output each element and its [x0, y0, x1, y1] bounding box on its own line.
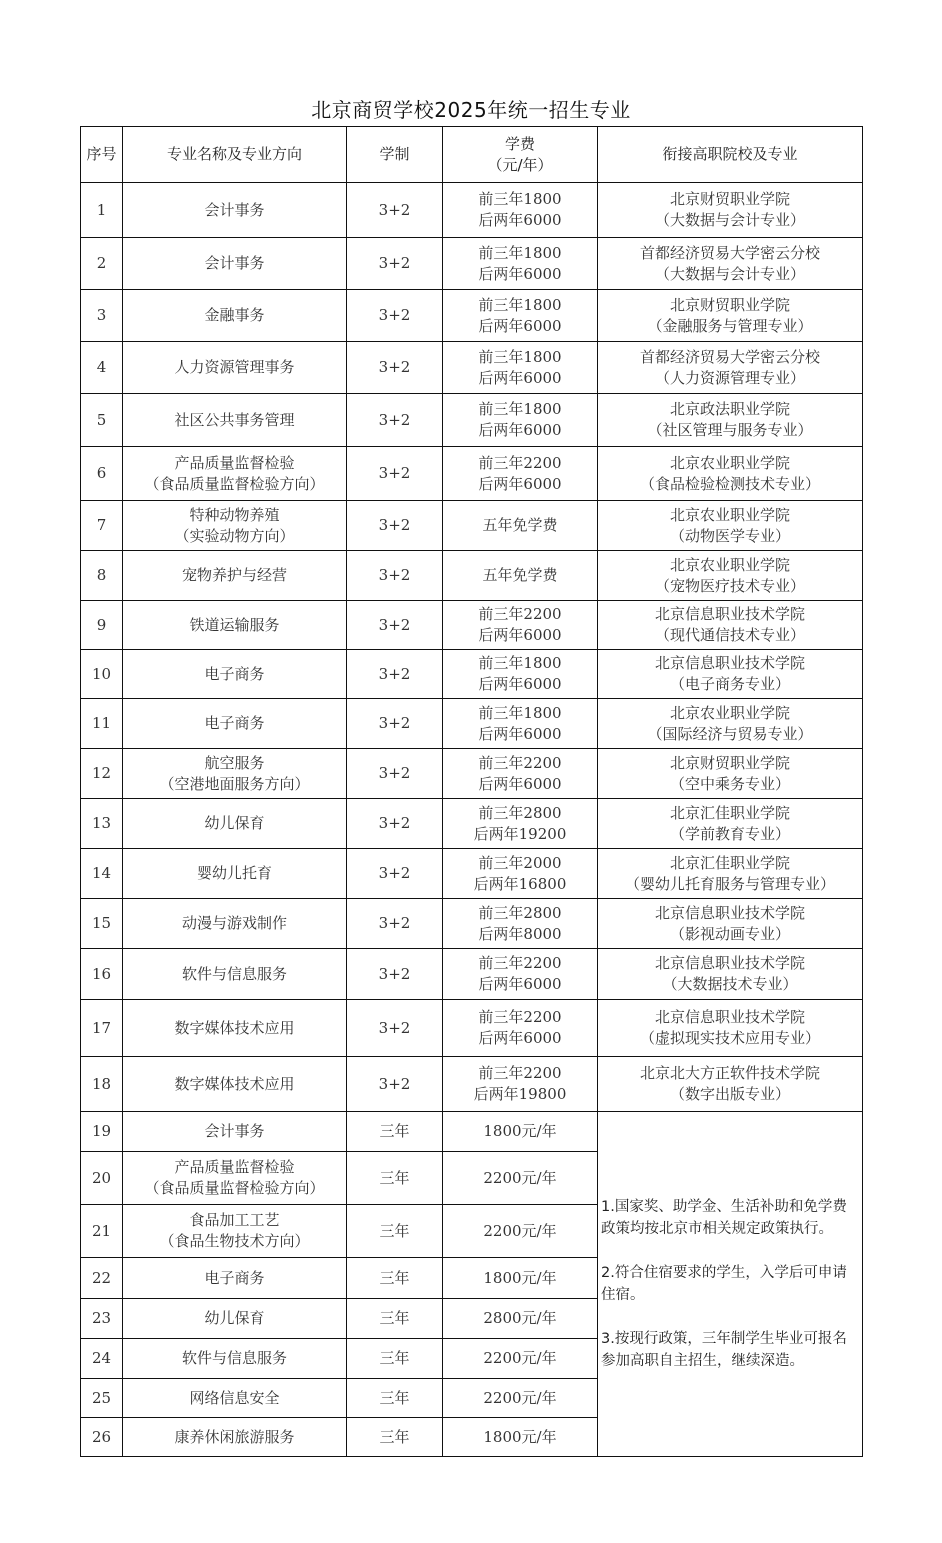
cell-line: 会计事务 — [123, 253, 346, 274]
cell-college: 北京农业职业学院（动物医学专业） — [598, 501, 863, 551]
cell-line: 前三年1800 — [443, 399, 597, 420]
cell-major: 婴幼儿托育 — [123, 849, 347, 899]
cell-line: 前三年1800 — [443, 243, 597, 264]
cell-line: 后两年6000 — [443, 625, 597, 646]
cell-line: 北京农业职业学院 — [598, 555, 862, 576]
cell-major: 宠物养护与经营 — [123, 551, 347, 601]
cell-line: 软件与信息服务 — [123, 964, 346, 985]
cell-fee: 2200元/年 — [443, 1339, 598, 1379]
cell-line: （人力资源管理专业） — [598, 368, 862, 389]
cell-line: 社区公共事务管理 — [123, 410, 346, 431]
cell-fee: 2200元/年 — [443, 1205, 598, 1258]
cell-major: 产品质量监督检验（食品质量监督检验方向） — [123, 447, 347, 501]
note-item: 2.符合住宿要求的学生，入学后可申请住宿。 — [601, 1262, 860, 1306]
table-row: 6产品质量监督检验（食品质量监督检验方向）3+2前三年2200后两年6000北京… — [81, 447, 863, 501]
cell-fee: 前三年2800后两年19200 — [443, 799, 598, 849]
cell-index: 1 — [81, 183, 123, 238]
table-row: 17数字媒体技术应用3+2前三年2200后两年6000北京信息职业技术学院（虚拟… — [81, 1000, 863, 1057]
cell-line: 后两年6000 — [443, 210, 597, 231]
cell-fee: 前三年2200后两年6000 — [443, 749, 598, 799]
header-fee-line1: 学费 — [443, 134, 597, 155]
cell-system: 3+2 — [347, 699, 443, 749]
cell-line: （空中乘务专业） — [598, 774, 862, 795]
cell-fee: 前三年2800后两年8000 — [443, 899, 598, 949]
cell-college: 北京信息职业技术学院（虚拟现实技术应用专业） — [598, 1000, 863, 1057]
cell-line: 软件与信息服务 — [123, 1348, 346, 1369]
cell-fee: 前三年1800后两年6000 — [443, 699, 598, 749]
header-index: 序号 — [81, 127, 123, 183]
cell-line: 前三年2000 — [443, 853, 597, 874]
cell-line: 后两年19800 — [443, 1084, 597, 1105]
cell-line: （食品质量监督检验方向） — [123, 1178, 346, 1199]
cell-line: 后两年19200 — [443, 824, 597, 845]
cell-line: 北京汇佳职业学院 — [598, 853, 862, 874]
cell-line: （食品质量监督检验方向） — [123, 474, 346, 495]
cell-line: 特种动物养殖 — [123, 505, 346, 526]
cell-line: （食品生物技术方向） — [123, 1231, 346, 1252]
cell-index: 24 — [81, 1339, 123, 1379]
header-major: 专业名称及专业方向 — [123, 127, 347, 183]
cell-system: 3+2 — [347, 899, 443, 949]
cell-index: 20 — [81, 1152, 123, 1205]
cell-index: 7 — [81, 501, 123, 551]
cell-line: 数字媒体技术应用 — [123, 1074, 346, 1095]
cell-college: 北京农业职业学院（宠物医疗技术专业） — [598, 551, 863, 601]
cell-line: （宠物医疗技术专业） — [598, 576, 862, 597]
cell-fee: 五年免学费 — [443, 501, 598, 551]
cell-fee: 1800元/年 — [443, 1418, 598, 1457]
cell-line: 宠物养护与经营 — [123, 565, 346, 586]
cell-line: 幼儿保育 — [123, 813, 346, 834]
cell-line: 前三年2200 — [443, 1007, 597, 1028]
cell-index: 4 — [81, 342, 123, 394]
cell-line: （大数据与会计专业） — [598, 210, 862, 231]
cell-line: 航空服务 — [123, 753, 346, 774]
cell-index: 26 — [81, 1418, 123, 1457]
cell-major: 社区公共事务管理 — [123, 394, 347, 447]
cell-fee: 前三年1800后两年6000 — [443, 394, 598, 447]
cell-college: 北京信息职业技术学院（大数据技术专业） — [598, 949, 863, 1000]
cell-system: 3+2 — [347, 238, 443, 290]
table-row: 15动漫与游戏制作3+2前三年2800后两年8000北京信息职业技术学院（影视动… — [81, 899, 863, 949]
table-row: 1会计事务3+2前三年1800后两年6000北京财贸职业学院（大数据与会计专业） — [81, 183, 863, 238]
cell-system: 三年 — [347, 1258, 443, 1299]
cell-college: 首都经济贸易大学密云分校（大数据与会计专业） — [598, 238, 863, 290]
cell-system: 3+2 — [347, 447, 443, 501]
cell-line: 北京政法职业学院 — [598, 399, 862, 420]
cell-line: 前三年1800 — [443, 347, 597, 368]
cell-fee: 前三年1800后两年6000 — [443, 342, 598, 394]
cell-line: 金融事务 — [123, 305, 346, 326]
cell-major: 金融事务 — [123, 290, 347, 342]
cell-system: 3+2 — [347, 551, 443, 601]
cell-index: 13 — [81, 799, 123, 849]
cell-line: 后两年6000 — [443, 724, 597, 745]
cell-fee: 2200元/年 — [443, 1152, 598, 1205]
cell-major: 特种动物养殖（实验动物方向） — [123, 501, 347, 551]
cell-fee: 前三年1800后两年6000 — [443, 650, 598, 699]
cell-line: 产品质量监督检验 — [123, 1157, 346, 1178]
cell-system: 3+2 — [347, 849, 443, 899]
cell-index: 19 — [81, 1112, 123, 1152]
header-fee: 学费 （元/年） — [443, 127, 598, 183]
cell-line: （大数据技术专业） — [598, 974, 862, 995]
cell-line: 前三年1800 — [443, 703, 597, 724]
cell-major: 电子商务 — [123, 699, 347, 749]
cell-line: 后两年8000 — [443, 924, 597, 945]
table-row: 5社区公共事务管理3+2前三年1800后两年6000北京政法职业学院（社区管理与… — [81, 394, 863, 447]
cell-system: 三年 — [347, 1205, 443, 1258]
cell-index: 22 — [81, 1258, 123, 1299]
cell-line: 后两年6000 — [443, 264, 597, 285]
cell-index: 18 — [81, 1057, 123, 1112]
cell-major: 数字媒体技术应用 — [123, 1000, 347, 1057]
cell-system: 3+2 — [347, 183, 443, 238]
cell-line: 后两年6000 — [443, 674, 597, 695]
cell-line: （食品检验检测技术专业） — [598, 474, 862, 495]
cell-line: 前三年1800 — [443, 295, 597, 316]
header-college: 衔接高职院校及专业 — [598, 127, 863, 183]
cell-fee: 前三年1800后两年6000 — [443, 238, 598, 290]
table-row: 10电子商务3+2前三年1800后两年6000北京信息职业技术学院（电子商务专业… — [81, 650, 863, 699]
table-row: 11电子商务3+2前三年1800后两年6000北京农业职业学院（国际经济与贸易专… — [81, 699, 863, 749]
header-system: 学制 — [347, 127, 443, 183]
cell-college: 北京信息职业技术学院（现代通信技术专业） — [598, 601, 863, 650]
cell-system: 3+2 — [347, 949, 443, 1000]
cell-line: （金融服务与管理专业） — [598, 316, 862, 337]
cell-fee: 前三年1800后两年6000 — [443, 183, 598, 238]
header-fee-line2: （元/年） — [443, 155, 597, 176]
cell-index: 17 — [81, 1000, 123, 1057]
cell-fee: 前三年2200后两年6000 — [443, 1000, 598, 1057]
cell-major: 幼儿保育 — [123, 1299, 347, 1339]
cell-line: 后两年16800 — [443, 874, 597, 895]
cell-system: 三年 — [347, 1379, 443, 1418]
table-row: 18数字媒体技术应用3+2前三年2200后两年19800北京北大方正软件技术学院… — [81, 1057, 863, 1112]
cell-line: 婴幼儿托育 — [123, 863, 346, 884]
cell-line: 前三年1800 — [443, 189, 597, 210]
cell-system: 3+2 — [347, 501, 443, 551]
table-row: 19会计事务三年1800元/年1.国家奖、助学金、生活补助和免学费政策均按北京市… — [81, 1112, 863, 1152]
cell-line: 前三年2200 — [443, 953, 597, 974]
cell-line: 康养休闲旅游服务 — [123, 1427, 346, 1448]
cell-line: （数字出版专业） — [598, 1084, 862, 1105]
table-body: 1会计事务3+2前三年1800后两年6000北京财贸职业学院（大数据与会计专业）… — [81, 183, 863, 1457]
cell-line: 五年免学费 — [443, 515, 597, 536]
cell-college: 北京财贸职业学院（大数据与会计专业） — [598, 183, 863, 238]
page-title: 北京商贸学校2025年统一招生专业 — [0, 94, 942, 123]
cell-line: 动漫与游戏制作 — [123, 913, 346, 934]
cell-index: 16 — [81, 949, 123, 1000]
table-row: 9铁道运输服务3+2前三年2200后两年6000北京信息职业技术学院（现代通信技… — [81, 601, 863, 650]
table-row: 4人力资源管理事务3+2前三年1800后两年6000首都经济贸易大学密云分校（人… — [81, 342, 863, 394]
cell-line: （虚拟现实技术应用专业） — [598, 1028, 862, 1049]
cell-major: 产品质量监督检验（食品质量监督检验方向） — [123, 1152, 347, 1205]
cell-index: 10 — [81, 650, 123, 699]
cell-major: 软件与信息服务 — [123, 949, 347, 1000]
cell-line: 北京农业职业学院 — [598, 505, 862, 526]
cell-index: 6 — [81, 447, 123, 501]
cell-line: 产品质量监督检验 — [123, 453, 346, 474]
notes-cell: 1.国家奖、助学金、生活补助和免学费政策均按北京市相关规定政策执行。2.符合住宿… — [598, 1112, 863, 1457]
cell-line: 食品加工工艺 — [123, 1210, 346, 1231]
cell-index: 21 — [81, 1205, 123, 1258]
cell-system: 3+2 — [347, 1000, 443, 1057]
cell-major: 数字媒体技术应用 — [123, 1057, 347, 1112]
cell-system: 三年 — [347, 1299, 443, 1339]
cell-system: 3+2 — [347, 601, 443, 650]
cell-line: 北京信息职业技术学院 — [598, 903, 862, 924]
cell-system: 3+2 — [347, 749, 443, 799]
cell-line: 前三年2800 — [443, 803, 597, 824]
cell-line: 北京财贸职业学院 — [598, 295, 862, 316]
cell-college: 北京农业职业学院（国际经济与贸易专业） — [598, 699, 863, 749]
cell-major: 会计事务 — [123, 238, 347, 290]
cell-system: 3+2 — [347, 394, 443, 447]
cell-fee: 2800元/年 — [443, 1299, 598, 1339]
cell-line: （实验动物方向） — [123, 526, 346, 547]
cell-college: 北京财贸职业学院（空中乘务专业） — [598, 749, 863, 799]
cell-fee: 五年免学费 — [443, 551, 598, 601]
cell-index: 15 — [81, 899, 123, 949]
table-row: 7特种动物养殖（实验动物方向）3+2五年免学费北京农业职业学院（动物医学专业） — [81, 501, 863, 551]
cell-major: 幼儿保育 — [123, 799, 347, 849]
cell-system: 3+2 — [347, 1057, 443, 1112]
cell-line: （现代通信技术专业） — [598, 625, 862, 646]
cell-college: 北京信息职业技术学院（影视动画专业） — [598, 899, 863, 949]
cell-fee: 前三年2200后两年6000 — [443, 447, 598, 501]
cell-line: （社区管理与服务专业） — [598, 420, 862, 441]
cell-college: 北京财贸职业学院（金融服务与管理专业） — [598, 290, 863, 342]
cell-line: 幼儿保育 — [123, 1308, 346, 1329]
cell-fee: 前三年1800后两年6000 — [443, 290, 598, 342]
cell-line: （婴幼儿托育服务与管理专业） — [598, 874, 862, 895]
table-row: 16软件与信息服务3+2前三年2200后两年6000北京信息职业技术学院（大数据… — [81, 949, 863, 1000]
cell-line: （电子商务专业） — [598, 674, 862, 695]
cell-line: 电子商务 — [123, 664, 346, 685]
cell-index: 23 — [81, 1299, 123, 1339]
cell-line: （空港地面服务方向） — [123, 774, 346, 795]
cell-index: 14 — [81, 849, 123, 899]
cell-line: 北京农业职业学院 — [598, 703, 862, 724]
cell-line: 首都经济贸易大学密云分校 — [598, 243, 862, 264]
cell-college: 首都经济贸易大学密云分校（人力资源管理专业） — [598, 342, 863, 394]
cell-line: 铁道运输服务 — [123, 615, 346, 636]
note-item: 3.按现行政策，三年制学生毕业可报名参加高职自主招生，继续深造。 — [601, 1328, 860, 1372]
cell-line: 首都经济贸易大学密云分校 — [598, 347, 862, 368]
cell-index: 25 — [81, 1379, 123, 1418]
cell-major: 动漫与游戏制作 — [123, 899, 347, 949]
cell-fee: 前三年2200后两年6000 — [443, 601, 598, 650]
cell-fee: 前三年2000后两年16800 — [443, 849, 598, 899]
cell-major: 电子商务 — [123, 1258, 347, 1299]
cell-line: 后两年6000 — [443, 420, 597, 441]
cell-index: 8 — [81, 551, 123, 601]
cell-major: 电子商务 — [123, 650, 347, 699]
cell-major: 人力资源管理事务 — [123, 342, 347, 394]
cell-major: 铁道运输服务 — [123, 601, 347, 650]
cell-system: 三年 — [347, 1418, 443, 1457]
cell-line: 前三年2200 — [443, 453, 597, 474]
cell-line: 后两年6000 — [443, 368, 597, 389]
cell-major: 康养休闲旅游服务 — [123, 1418, 347, 1457]
cell-college: 北京信息职业技术学院（电子商务专业） — [598, 650, 863, 699]
cell-college: 北京北大方正软件技术学院（数字出版专业） — [598, 1057, 863, 1112]
table-row: 13幼儿保育3+2前三年2800后两年19200北京汇佳职业学院（学前教育专业） — [81, 799, 863, 849]
cell-system: 3+2 — [347, 342, 443, 394]
cell-major: 航空服务（空港地面服务方向） — [123, 749, 347, 799]
cell-major: 会计事务 — [123, 1112, 347, 1152]
cell-college: 北京农业职业学院（食品检验检测技术专业） — [598, 447, 863, 501]
cell-line: 北京北大方正软件技术学院 — [598, 1063, 862, 1084]
note-item: 1.国家奖、助学金、生活补助和免学费政策均按北京市相关规定政策执行。 — [601, 1196, 860, 1240]
cell-index: 3 — [81, 290, 123, 342]
cell-index: 11 — [81, 699, 123, 749]
cell-line: 后两年6000 — [443, 1028, 597, 1049]
cell-line: 五年免学费 — [443, 565, 597, 586]
cell-line: 北京信息职业技术学院 — [598, 1007, 862, 1028]
cell-major: 软件与信息服务 — [123, 1339, 347, 1379]
cell-system: 三年 — [347, 1339, 443, 1379]
cell-line: 前三年1800 — [443, 653, 597, 674]
table-row: 2会计事务3+2前三年1800后两年6000首都经济贸易大学密云分校（大数据与会… — [81, 238, 863, 290]
cell-index: 9 — [81, 601, 123, 650]
cell-fee: 前三年2200后两年19800 — [443, 1057, 598, 1112]
cell-line: 后两年6000 — [443, 474, 597, 495]
cell-line: 后两年6000 — [443, 974, 597, 995]
cell-college: 北京汇佳职业学院（学前教育专业） — [598, 799, 863, 849]
cell-line: 人力资源管理事务 — [123, 357, 346, 378]
cell-line: 电子商务 — [123, 1268, 346, 1289]
cell-line: （学前教育专业） — [598, 824, 862, 845]
cell-system: 3+2 — [347, 799, 443, 849]
table-row: 14婴幼儿托育3+2前三年2000后两年16800北京汇佳职业学院（婴幼儿托育服… — [81, 849, 863, 899]
cell-line: 北京信息职业技术学院 — [598, 953, 862, 974]
cell-index: 12 — [81, 749, 123, 799]
cell-line: （国际经济与贸易专业） — [598, 724, 862, 745]
cell-major: 网络信息安全 — [123, 1379, 347, 1418]
cell-fee: 2200元/年 — [443, 1379, 598, 1418]
table-row: 3金融事务3+2前三年1800后两年6000北京财贸职业学院（金融服务与管理专业… — [81, 290, 863, 342]
cell-line: 后两年6000 — [443, 774, 597, 795]
cell-line: 会计事务 — [123, 200, 346, 221]
cell-major: 会计事务 — [123, 183, 347, 238]
table-row: 8宠物养护与经营3+2五年免学费北京农业职业学院（宠物医疗技术专业） — [81, 551, 863, 601]
cell-college: 北京政法职业学院（社区管理与服务专业） — [598, 394, 863, 447]
cell-line: 北京财贸职业学院 — [598, 189, 862, 210]
cell-system: 三年 — [347, 1112, 443, 1152]
cell-index: 2 — [81, 238, 123, 290]
table-row: 12航空服务（空港地面服务方向）3+2前三年2200后两年6000北京财贸职业学… — [81, 749, 863, 799]
cell-line: 前三年2200 — [443, 753, 597, 774]
cell-system: 3+2 — [347, 650, 443, 699]
cell-line: 北京财贸职业学院 — [598, 753, 862, 774]
cell-line: （影视动画专业） — [598, 924, 862, 945]
cell-college: 北京汇佳职业学院（婴幼儿托育服务与管理专业） — [598, 849, 863, 899]
cell-major: 食品加工工艺（食品生物技术方向） — [123, 1205, 347, 1258]
cell-fee: 1800元/年 — [443, 1258, 598, 1299]
cell-line: （大数据与会计专业） — [598, 264, 862, 285]
cell-line: 后两年6000 — [443, 316, 597, 337]
table-header-row: 序号 专业名称及专业方向 学制 学费 （元/年） 衔接高职院校及专业 — [81, 127, 863, 183]
cell-line: 前三年2200 — [443, 1063, 597, 1084]
cell-line: 北京信息职业技术学院 — [598, 653, 862, 674]
cell-line: （动物医学专业） — [598, 526, 862, 547]
cell-line: 北京农业职业学院 — [598, 453, 862, 474]
cell-line: 前三年2800 — [443, 903, 597, 924]
cell-fee: 前三年2200后两年6000 — [443, 949, 598, 1000]
cell-line: 网络信息安全 — [123, 1388, 346, 1409]
cell-fee: 1800元/年 — [443, 1112, 598, 1152]
cell-line: 会计事务 — [123, 1121, 346, 1142]
cell-line: 电子商务 — [123, 713, 346, 734]
cell-index: 5 — [81, 394, 123, 447]
cell-line: 北京汇佳职业学院 — [598, 803, 862, 824]
cell-system: 三年 — [347, 1152, 443, 1205]
cell-line: 数字媒体技术应用 — [123, 1018, 346, 1039]
cell-line: 前三年2200 — [443, 604, 597, 625]
enrollment-table: 序号 专业名称及专业方向 学制 学费 （元/年） 衔接高职院校及专业 1会计事务… — [80, 126, 863, 1457]
cell-system: 3+2 — [347, 290, 443, 342]
cell-line: 北京信息职业技术学院 — [598, 604, 862, 625]
